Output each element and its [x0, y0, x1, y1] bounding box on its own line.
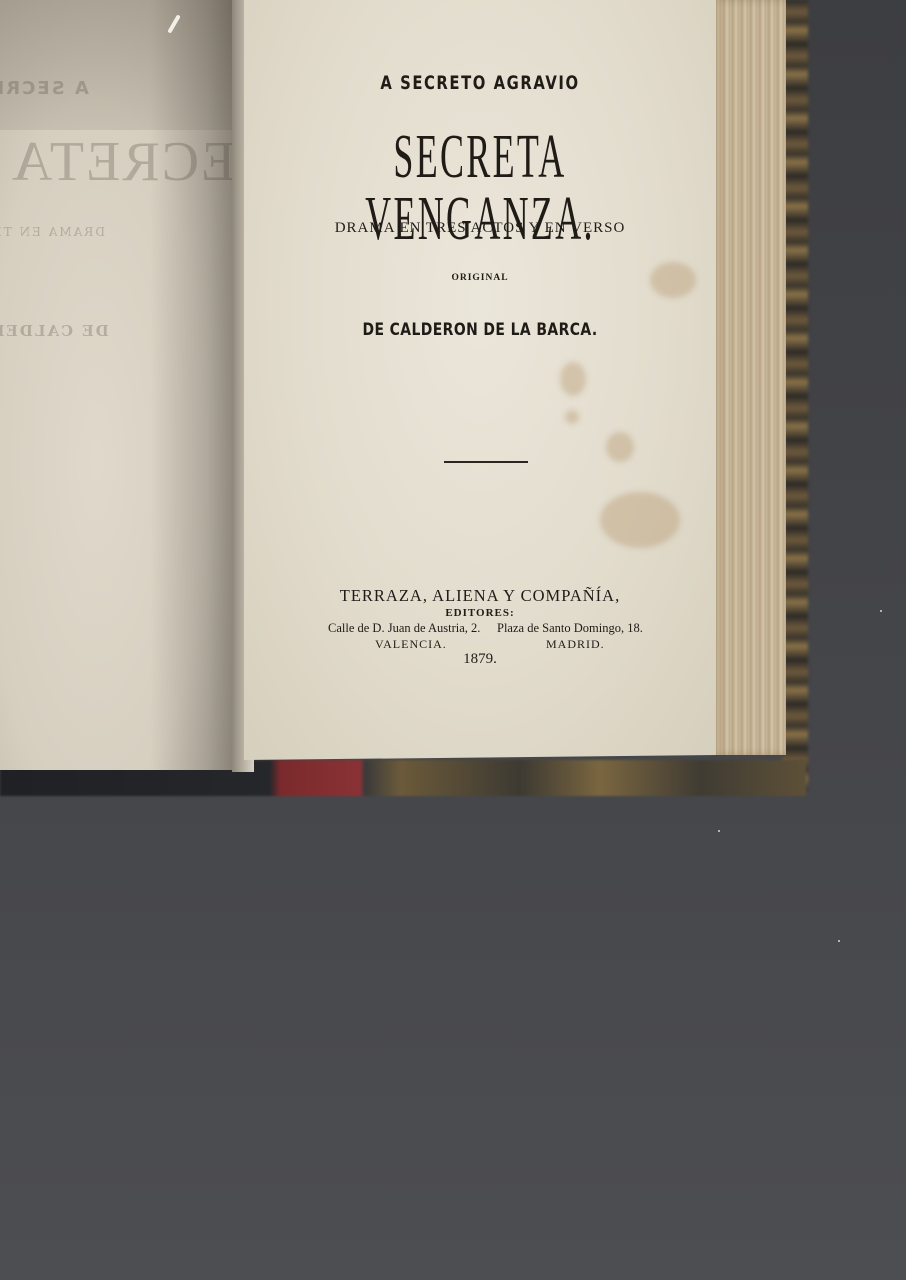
- foxing-stain: [606, 432, 634, 462]
- ghost-text-1: A SECRE: [0, 78, 89, 99]
- foxing-stain: [600, 492, 680, 548]
- foxing-stain: [560, 362, 586, 396]
- page-stack-edge: [712, 0, 786, 755]
- ghost-text-4: DE CALDER: [0, 322, 109, 340]
- foxing-stain: [565, 410, 579, 424]
- city-madrid: MADRID.: [546, 637, 605, 652]
- dust-speck: [838, 940, 840, 942]
- title-page: [244, 0, 716, 760]
- original-label: ORIGINAL: [244, 273, 716, 283]
- dust-speck: [880, 610, 882, 612]
- address-madrid: Plaza de Santo Domingo, 18.: [497, 621, 643, 636]
- publisher-role: EDITORES:: [244, 607, 716, 619]
- ghost-text-3: DRAMA EN TRE: [0, 225, 105, 239]
- decorative-rule: [444, 461, 528, 463]
- left-page-shade: [150, 0, 245, 770]
- author: DE CALDERON DE LA BARCA.: [286, 320, 673, 340]
- dust-speck: [718, 830, 720, 832]
- title-line-1: A SECRETO AGRAVIO: [296, 72, 664, 94]
- publisher: TERRAZA, ALIENA Y COMPAÑÍA,: [244, 586, 716, 606]
- year: 1879.: [244, 651, 716, 668]
- subtitle: DRAMA EN TRES ACTOS Y EN VERSO: [244, 220, 716, 237]
- address-valencia: Calle de D. Juan de Austria, 2.: [328, 621, 480, 636]
- city-valencia: VALENCIA.: [375, 637, 447, 652]
